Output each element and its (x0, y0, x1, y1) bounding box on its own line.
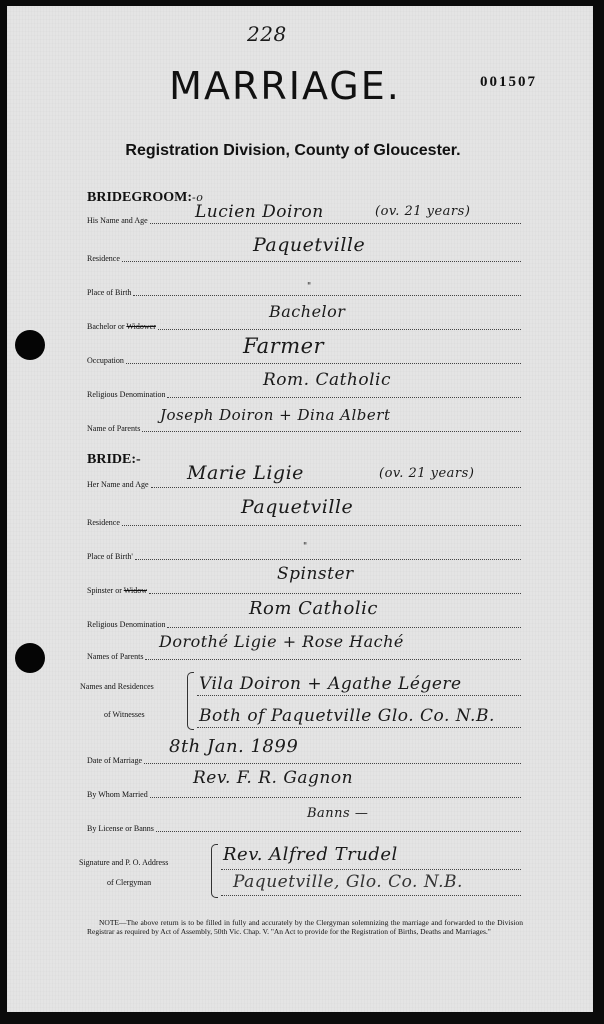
clergyman-brace (211, 844, 218, 898)
field-label: Bachelor or Widower (87, 322, 158, 332)
field-label: Her Name and Age (87, 480, 151, 490)
field-label: By Whom Married (87, 790, 150, 800)
groom-birthplace-row: Place of Birth (87, 284, 521, 298)
field-label: Residence (87, 254, 122, 264)
field-label: Names of Parents (87, 652, 145, 662)
license-value: Banns — (307, 806, 368, 821)
bride-name-value: Marie Ligie (187, 462, 304, 484)
groom-residence-value: Paquetville (253, 234, 365, 256)
groom-parents-value: Joseph Doiron + Dina Albert (160, 406, 390, 424)
field-label: Place of Birth (87, 288, 133, 298)
field-label: Occupation (87, 356, 126, 366)
groom-occupation-value: Farmer (243, 334, 324, 358)
marriage-registration-form: 228 MARRIAGE. 001507 Registration Divisi… (7, 6, 593, 1012)
bride-status-value: Spinster (277, 564, 354, 584)
field-label: By License or Banns (87, 824, 156, 834)
clergyman-label-1: Signature and P. O. Address (79, 858, 168, 867)
bride-residence-value: Paquetville (241, 496, 353, 518)
groom-status-value: Bachelor (269, 302, 345, 321)
bridegroom-heading: BRIDEGROOM:-o (87, 190, 203, 206)
witnesses-label-2: of Witnesses (104, 710, 145, 719)
clergyman-address: Paquetville, Glo. Co. N.B. (233, 872, 463, 892)
field-label: Religious Denomination (87, 390, 167, 400)
punch-hole (15, 643, 45, 673)
bride-age-value: (ov. 21 years) (379, 466, 474, 481)
officiant-row: By Whom Married (87, 786, 521, 800)
field-label: Religious Denomination (87, 620, 167, 630)
field-label: Place of Birth' (87, 552, 135, 562)
serial-number: 001507 (480, 74, 537, 91)
witnesses-residence-value: Both of Paquetville Glo. Co. N.B. (199, 706, 495, 726)
bridegroom-label: BRIDEGROOM: (87, 190, 192, 205)
marriage-date-row: Date of Marriage (87, 752, 521, 766)
bride-heading: BRIDE:- (87, 452, 141, 468)
field-label: Name of Parents (87, 424, 142, 434)
witnesses-label-1: Names and Residences (80, 682, 154, 691)
officiant-value: Rev. F. R. Gagnon (193, 768, 353, 788)
note-text: NOTE—The above return is to be filled in… (87, 918, 523, 936)
license-row: By License or Banns (87, 820, 521, 834)
witnesses-names-value: Vila Doiron + Agathe Légere (199, 674, 462, 694)
bride-religion-value: Rom Catholic (249, 598, 378, 619)
punch-hole (15, 330, 45, 360)
witnesses-brace (187, 672, 194, 730)
field-label: Date of Marriage (87, 756, 144, 766)
field-label: His Name and Age (87, 216, 150, 226)
groom-religion-value: Rom. Catholic (263, 370, 391, 390)
bride-status-row: Spinster or Widow (87, 582, 521, 596)
groom-name-value: Lucien Doiron (195, 202, 324, 222)
bride-birthplace-value: " (303, 542, 308, 552)
handwritten-page-number: 228 (247, 22, 287, 46)
bride-parents-value: Dorothé Ligie + Rose Haché (159, 632, 404, 651)
registration-division: Registration Division, County of Glouces… (7, 142, 593, 160)
groom-age-value: (ov. 21 years) (375, 204, 470, 219)
marriage-date-value: 8th Jan. 1899 (169, 736, 298, 757)
clergyman-label-2: of Clergyman (107, 878, 151, 887)
clergyman-signature: Rev. Alfred Trudel (223, 844, 398, 865)
groom-birthplace-value: " (307, 282, 312, 292)
form-note: NOTE—The above return is to be filled in… (87, 918, 523, 936)
field-label: Residence (87, 518, 122, 528)
field-label: Spinster or Widow (87, 586, 149, 596)
